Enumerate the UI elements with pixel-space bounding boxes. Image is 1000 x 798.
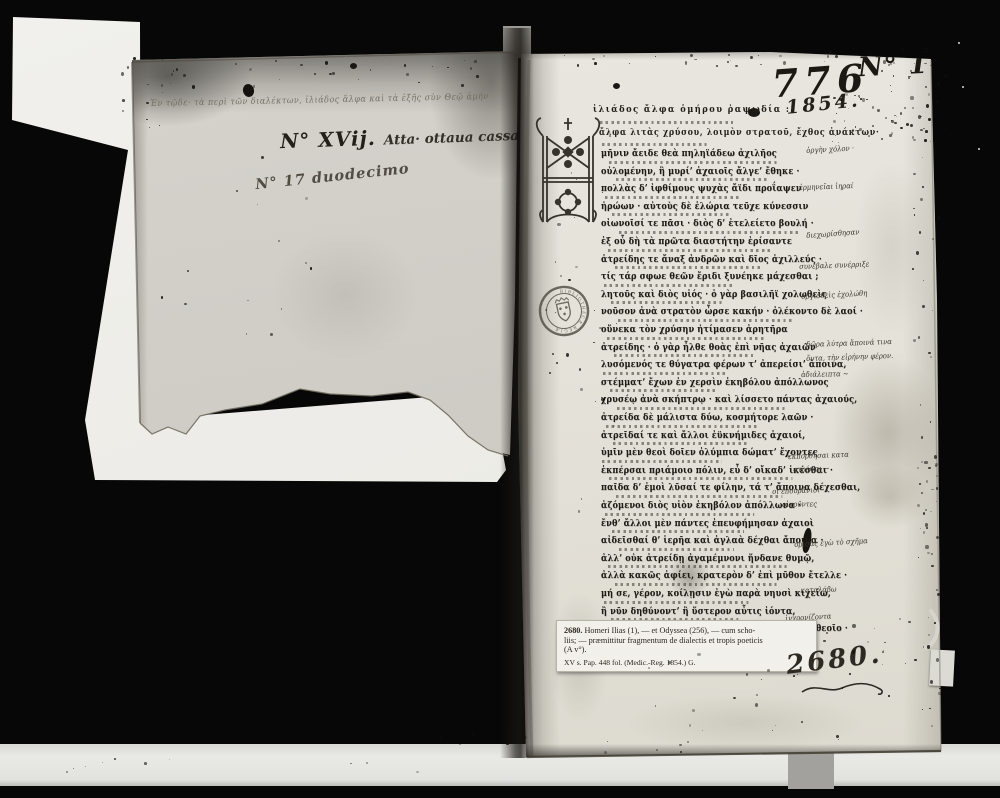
speck [122, 110, 124, 112]
speck [939, 688, 941, 690]
speck [358, 79, 359, 80]
speck [133, 57, 136, 60]
speck [932, 40, 933, 42]
speck [406, 73, 409, 76]
speck [697, 653, 700, 655]
speck [149, 127, 150, 128]
speck [919, 483, 921, 485]
speck [761, 679, 762, 680]
speck [938, 692, 941, 695]
speck [852, 624, 855, 628]
speck [648, 667, 650, 669]
speck [270, 333, 273, 336]
speck [305, 197, 308, 200]
speck [923, 646, 924, 648]
speck [774, 50, 775, 52]
speck [566, 353, 569, 357]
speck [564, 55, 565, 56]
speck [470, 67, 472, 69]
speck [173, 70, 174, 71]
speck [416, 771, 418, 773]
speck [862, 98, 865, 101]
speck [775, 725, 776, 726]
speck [912, 268, 914, 270]
speck [236, 190, 238, 192]
speck [913, 139, 915, 141]
speck [868, 135, 870, 137]
speck [894, 122, 897, 125]
dust-speck [958, 42, 960, 44]
speck [779, 55, 781, 57]
speck [877, 109, 880, 112]
speck [579, 368, 582, 371]
speck [930, 356, 932, 358]
speck [594, 62, 597, 65]
speck [727, 61, 729, 63]
speck [552, 353, 554, 355]
speck [447, 67, 448, 68]
speck [859, 128, 862, 131]
speck [574, 217, 575, 218]
speck [926, 527, 927, 529]
speck [593, 342, 594, 343]
speck [883, 60, 886, 63]
speck [755, 703, 758, 707]
speck [918, 115, 921, 119]
speck [923, 531, 925, 534]
speck [733, 697, 736, 699]
speck [928, 93, 930, 96]
speck [905, 663, 906, 664]
speck [545, 309, 547, 311]
speck [916, 251, 919, 255]
speck [921, 492, 923, 494]
speck [524, 736, 527, 740]
speck [910, 124, 913, 127]
dust-speck [978, 148, 980, 150]
speck [928, 352, 930, 355]
speck [928, 467, 931, 469]
speck [556, 362, 558, 364]
speck [603, 55, 605, 57]
speck [930, 680, 933, 684]
speck [882, 664, 883, 665]
speck [824, 61, 826, 62]
speck [934, 622, 936, 624]
right-page-bottom-edge [527, 751, 941, 757]
speck [162, 59, 163, 60]
speck [937, 83, 940, 86]
speck [758, 55, 759, 56]
speck [557, 223, 560, 226]
speck [162, 92, 163, 93]
speck [900, 112, 902, 115]
speck [931, 565, 934, 567]
manuscript-photo: Ἐν τῷδε· τὰ περὶ τῶν διαλέκτων, ἰλιάδος … [0, 0, 1000, 798]
speck [888, 695, 890, 697]
speck [679, 744, 681, 746]
speck [555, 261, 557, 262]
speck [924, 461, 927, 463]
speck [257, 204, 258, 205]
speck [192, 85, 195, 89]
speck [889, 134, 892, 137]
speck [599, 327, 602, 329]
speck [914, 659, 916, 661]
dust-speck [962, 86, 964, 88]
speck [835, 135, 836, 136]
speck [917, 504, 919, 507]
speck [844, 120, 845, 121]
speck [866, 99, 868, 101]
speck [920, 528, 921, 529]
speck [927, 645, 930, 648]
speck [936, 536, 939, 539]
speck [305, 262, 307, 264]
speck [931, 725, 932, 727]
speck [461, 84, 463, 87]
speck [852, 650, 855, 653]
speck [829, 50, 832, 54]
speck [147, 84, 148, 85]
page-edges-overlay [0, 0, 1000, 798]
gutter-crease [526, 60, 532, 756]
speck [869, 52, 871, 55]
speck [925, 523, 928, 527]
speck [171, 73, 173, 75]
speck [601, 398, 604, 401]
speck [183, 74, 186, 77]
speck [936, 475, 938, 477]
speck [146, 119, 147, 120]
speck [922, 305, 925, 308]
speck [925, 130, 927, 133]
speck [122, 99, 125, 102]
speck [144, 762, 147, 765]
speck [476, 75, 478, 78]
speck [932, 238, 934, 240]
speck [852, 129, 854, 132]
speck [936, 501, 937, 502]
speck [936, 487, 939, 490]
speck [275, 60, 277, 62]
speck [801, 721, 803, 723]
speck [928, 634, 930, 636]
speck [176, 68, 179, 70]
speck [913, 339, 916, 342]
speck [891, 91, 892, 92]
speck [474, 60, 477, 63]
speck [685, 61, 688, 64]
speck [161, 84, 163, 86]
speck [601, 384, 602, 385]
speck [938, 380, 941, 383]
speck [910, 96, 913, 100]
speck [943, 128, 945, 130]
speck [885, 117, 887, 119]
speck [900, 127, 903, 129]
torn-edge [140, 389, 508, 456]
speck [920, 198, 923, 201]
speck [310, 267, 313, 269]
speck [908, 621, 911, 624]
speck [571, 172, 572, 173]
speck [66, 771, 68, 774]
speck [833, 97, 835, 99]
speck [261, 156, 264, 160]
speck [613, 425, 615, 427]
speck [872, 125, 874, 127]
speck [849, 673, 850, 675]
left-page-edge [132, 62, 140, 423]
speck [472, 733, 475, 736]
speck [928, 617, 929, 618]
speck [824, 51, 826, 53]
speck [918, 336, 921, 338]
speck [329, 73, 332, 75]
speck [881, 70, 883, 72]
speck [937, 100, 940, 103]
speck [459, 743, 461, 744]
speck [609, 135, 611, 137]
speck [932, 310, 933, 311]
speck [767, 669, 770, 672]
speck [931, 489, 933, 491]
speck [836, 735, 839, 738]
speck [246, 333, 247, 335]
speck [249, 68, 252, 71]
speck [926, 104, 929, 108]
speck [920, 129, 922, 131]
speck [923, 280, 924, 281]
speck [694, 59, 695, 60]
speck [925, 545, 928, 549]
speck [575, 266, 578, 268]
speck [845, 93, 848, 96]
speck [746, 673, 748, 676]
speck [934, 455, 937, 459]
speck [793, 675, 795, 677]
speck [935, 465, 936, 466]
speck [846, 47, 848, 49]
speck [702, 730, 703, 731]
right-page-edge [931, 60, 941, 751]
speck [783, 61, 786, 65]
speck [279, 79, 280, 80]
speck [838, 739, 839, 740]
speck [687, 741, 689, 743]
speck [161, 296, 163, 299]
speck [838, 142, 839, 143]
speck [506, 743, 509, 745]
speck [901, 48, 904, 51]
speck [432, 66, 433, 67]
speck [917, 68, 920, 70]
speck [580, 388, 583, 391]
